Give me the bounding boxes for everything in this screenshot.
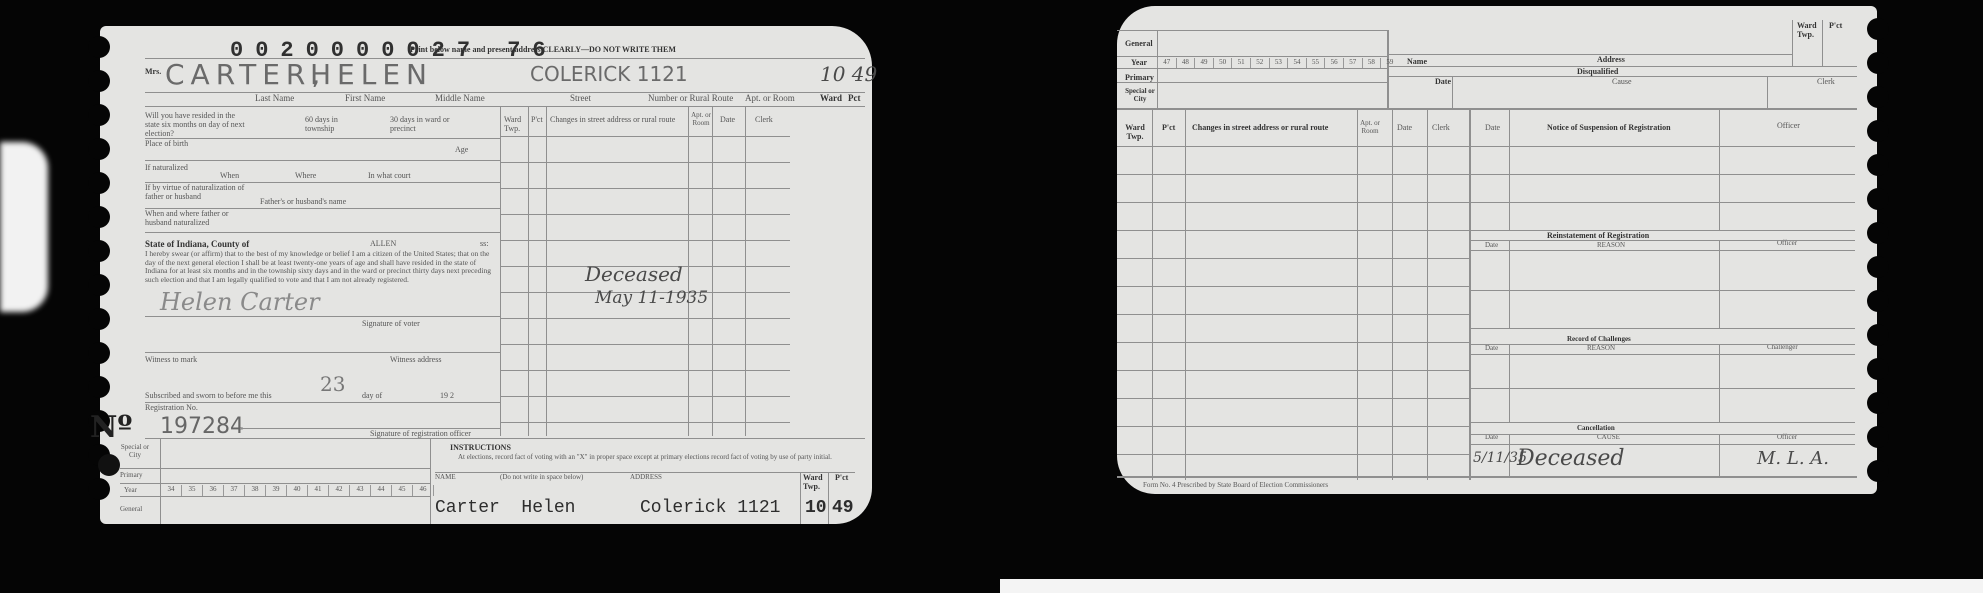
label-do-not-write: (Do not write in space below): [500, 474, 583, 482]
label-pct: P'ct: [1829, 22, 1842, 31]
perforation-hole: [88, 70, 110, 92]
header-apt: Apt. or Room: [690, 112, 712, 127]
year-row: 34 35 36 37 38 39 40 41 42 43 44 45 46: [160, 485, 434, 496]
grid-row-year: Year: [124, 487, 137, 495]
grid-row-special: Special or City: [1125, 88, 1155, 103]
header-pct: P'ct: [1162, 124, 1175, 133]
perforation-hole: [1867, 392, 1889, 414]
label-address: Address: [1597, 56, 1625, 65]
header-date: Date: [720, 116, 735, 125]
label-first-name: First Name: [345, 94, 385, 104]
perforation-hole: [1867, 324, 1889, 346]
perforation-hole: [88, 274, 110, 296]
subscribed-day: 23: [320, 372, 345, 396]
registration-number: 197284: [160, 414, 244, 439]
perforation-hole: [88, 36, 110, 58]
label-witness-address: Witness address: [390, 356, 441, 365]
perforation-hole: [1867, 358, 1889, 380]
perforation-hole: [1867, 86, 1889, 108]
cancellation-officer: Officer: [1777, 434, 1797, 442]
form-footer: Form No. 4 Prescribed by State Board of …: [1143, 482, 1328, 490]
reinstatement-officer: Officer: [1777, 240, 1797, 248]
header-date: Date: [1397, 124, 1412, 133]
perforation-hole: [1867, 188, 1889, 210]
suspension-date: Date: [1485, 124, 1500, 133]
label-when-where-father: When and where father or husband natural…: [145, 210, 245, 228]
label-fathers-name: Father's or husband's name: [260, 198, 346, 207]
label-where: Where: [295, 172, 316, 181]
challenges-reason: REASON: [1587, 345, 1615, 353]
reinstatement-date: Date: [1485, 242, 1498, 250]
perforation-hole: [88, 138, 110, 160]
header-pct: P'ct: [531, 116, 543, 125]
label-address: ADDRESS: [630, 474, 662, 482]
punch-hole: [98, 454, 120, 476]
perforation-hole: [1867, 52, 1889, 74]
label-street: Street: [570, 94, 591, 104]
label-when: When: [220, 172, 239, 181]
instructions-text: At elections, record fact of voting with…: [458, 454, 858, 462]
cancellation-entry-officer: M. L. A.: [1757, 448, 1829, 469]
handwritten-last-name: CARTER,: [165, 58, 326, 91]
oath-ss: ss:: [480, 240, 488, 249]
label-residence-ward: 30 days in ward or precinct: [390, 116, 460, 134]
perforation-hole: [1867, 18, 1889, 40]
cancellation-cause: CAUSE: [1597, 434, 1620, 442]
typed-name: Carter Helen: [435, 498, 575, 518]
handwritten-first-name: HELEN: [310, 58, 433, 91]
cancellation-date: Date: [1485, 434, 1498, 442]
label-place-of-birth: Place of birth: [145, 140, 195, 149]
label-age: Age: [455, 146, 468, 155]
label-voter-signature: Signature of voter: [362, 320, 420, 329]
cancellation-title: Cancellation: [1577, 425, 1615, 433]
label-ward-twp: Ward Twp.: [1797, 22, 1819, 40]
perforation-hole: [88, 240, 110, 262]
perforation-hole: [88, 172, 110, 194]
perforation-hole: [1867, 426, 1889, 448]
note-deceased-date: May 11-1935: [595, 288, 708, 308]
grid-row-year: Year: [1131, 59, 1147, 68]
voter-signature: Helen Carter: [160, 288, 320, 316]
oath-text: I hereby swear (or affirm) that to the b…: [145, 250, 495, 285]
header-apt: Apt. or Room: [1357, 120, 1383, 135]
challenges-date: Date: [1485, 345, 1498, 353]
label-ward-twp: Ward Twp.: [803, 474, 825, 492]
grid-row-general: General: [1125, 40, 1153, 49]
handwritten-ward-pct: 10 49: [820, 62, 877, 86]
label-registration-no: Registration No.: [145, 404, 198, 413]
header-ward-twp: Ward Twp.: [1123, 124, 1147, 142]
label-clerk: Clerk: [1817, 78, 1835, 87]
challenges-challenger: Challenger: [1767, 344, 1798, 352]
oath-county: ALLEN: [370, 240, 396, 249]
label-residence-township: 60 days in township: [305, 116, 365, 134]
label-ward: Ward: [820, 94, 842, 104]
grid-row-special: Special or City: [120, 444, 150, 459]
label-by-virtue: If by virtue of naturalization of father…: [145, 184, 245, 202]
label-pct: Pct: [848, 94, 861, 104]
perforation-hole: [88, 308, 110, 330]
header-changes: Changes in street address or rural route: [550, 116, 675, 125]
registration-card-back: General Year Primary Special or City 47 …: [1117, 6, 1877, 494]
header-changes: Changes in street address or rural route: [1192, 124, 1328, 133]
year-prefix: 19 2: [440, 392, 454, 401]
suspension-officer: Officer: [1777, 122, 1800, 131]
note-deceased: Deceased: [585, 262, 683, 286]
perforation-hole: [1867, 460, 1889, 482]
cancellation-entry-cause: Deceased: [1517, 446, 1625, 471]
perforation-hole: [88, 478, 110, 500]
label-in-what-court: In what court: [368, 172, 411, 181]
header-clerk: Clerk: [1432, 124, 1450, 133]
label-name: NAME: [435, 474, 456, 482]
white-edge-strip: [1000, 579, 1983, 593]
label-last-name: Last Name: [255, 94, 294, 104]
label-middle-name: Middle Name: [435, 94, 485, 104]
title-prefix: Mrs.: [145, 68, 161, 77]
label-date: Date: [1435, 78, 1451, 87]
grid-row-general: General: [120, 506, 142, 514]
suspension-title: Notice of Suspension of Registration: [1547, 124, 1671, 133]
typed-ward: 10: [805, 498, 827, 518]
perforation-hole: [1867, 256, 1889, 278]
label-number: Number or Rural Route: [648, 94, 733, 104]
typed-address: Colerick 1121: [640, 498, 780, 518]
perforation-hole: [88, 206, 110, 228]
perforation-hole: [1867, 154, 1889, 176]
label-residence-question: Will you have resided in the state six m…: [145, 112, 245, 138]
typed-pct: 49: [832, 498, 854, 518]
perforation-hole: [88, 104, 110, 126]
label-day-of: day of: [362, 392, 382, 401]
blurred-background-object: [0, 142, 48, 312]
perforation-hole: [1867, 222, 1889, 244]
perforation-hole: [1867, 120, 1889, 142]
header-clerk: Clerk: [755, 116, 773, 125]
instructions-heading: INSTRUCTIONS: [450, 444, 511, 453]
label-pct-bottom: P'ct: [835, 474, 848, 483]
number-symbol: Nº: [90, 410, 132, 445]
perforation-hole: [88, 342, 110, 364]
grid-row-primary: Primary: [120, 472, 143, 480]
handwritten-address: COLERICK 1121: [530, 62, 688, 86]
label-apt: Apt. or Room: [745, 94, 795, 104]
registration-card-front: 0020000027 76 Print below name and prese…: [100, 26, 872, 524]
header-ward-twp: Ward Twp.: [504, 116, 526, 134]
label-naturalized: If naturalized: [145, 164, 195, 173]
year-row: 47 48 49 50 51 52 53 54 55 56 57 58 59: [1157, 58, 1399, 68]
perforation-hole: [1867, 290, 1889, 312]
challenges-title: Record of Challenges: [1567, 336, 1631, 344]
label-subscribed: Subscribed and sworn to before me this: [145, 392, 272, 401]
reinstatement-reason: REASON: [1597, 242, 1625, 250]
label-cause: Cause: [1612, 78, 1632, 87]
perforation-hole: [88, 376, 110, 398]
label-witness-mark: Witness to mark: [145, 356, 197, 365]
instruction-banner: Print below name and present address CLE…: [410, 46, 676, 55]
